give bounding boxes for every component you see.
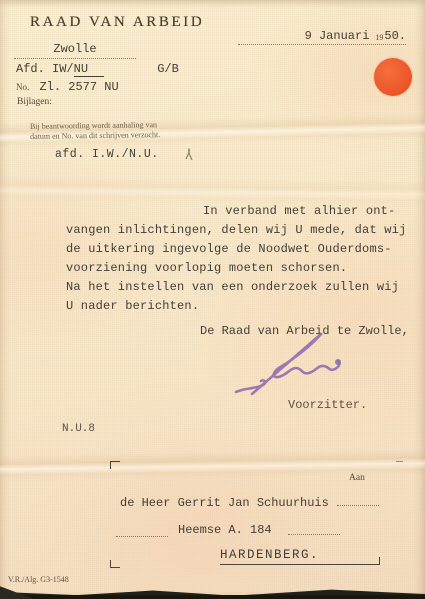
scanned-letter: RAAD VAN ARBEID 9 Januari 19 50. Zwolle … — [0, 0, 425, 599]
form-code: V.R./Alg. G3-1548 — [8, 575, 69, 584]
department-value-underlined: NU — [74, 62, 104, 77]
recipient-city: HARDENBERG. — [220, 548, 372, 565]
body-line: Na het instellen van een onderzoek zulle… — [66, 278, 411, 297]
body-line: voorziening voorlopig moeten schorsen. — [66, 259, 411, 278]
pencil-check-mark — [183, 147, 195, 163]
body-line: vangen inlichtingen, delen wij U mede, d… — [66, 221, 411, 240]
attachments-label: Bijlagen: — [17, 97, 52, 107]
signer-title: Voorzitter. — [288, 398, 367, 412]
signature-ink — [232, 330, 362, 404]
dotted-rule — [288, 534, 340, 535]
date-line: 9 Januari 19 50. — [238, 22, 406, 45]
address-window-corner-top-right — [396, 461, 403, 469]
department-suffix: G/B — [157, 62, 179, 76]
scan-edge-shadow — [0, 595, 425, 599]
office-city: Zwolle — [14, 42, 136, 59]
body-line: In verband met alhier ont- — [66, 202, 411, 221]
date-day-month: 9 Januari — [305, 29, 370, 43]
department-line: Afd. IW/NU G/B — [16, 62, 179, 76]
reference-number-line: No. Zl. 2577 NU — [16, 80, 119, 94]
body-line: U nader berichten. — [66, 297, 411, 316]
department-value: IW/ — [52, 62, 74, 76]
organization-title: RAAD VAN ARBEID — [30, 14, 204, 31]
address-window-corner-bottom-left — [110, 560, 120, 568]
red-dot-sticker — [374, 58, 412, 96]
address-window-corner-top-left — [110, 461, 120, 469]
reply-instruction-note: Bij beantwoording wordt aanhaling van da… — [30, 120, 160, 142]
typed-department: afd. I.W./N.U. — [55, 148, 159, 161]
number-value: Zl. 2577 NU — [39, 80, 118, 94]
dotted-rule — [116, 536, 168, 537]
reference-code: N.U.8 — [62, 423, 95, 435]
dotted-rule — [337, 505, 379, 506]
recipient-street: Heemse A. 184 — [178, 523, 272, 537]
body-line: de uitkering ingevolge de Noodwet Ouderd… — [66, 240, 411, 259]
date-century-preprint: 19 — [375, 33, 383, 43]
recipient-name-text: de Heer Gerrit Jan Schuurhuis — [120, 496, 329, 510]
aan-label: Aan — [349, 473, 365, 483]
letter-body: In verband met alhier ont- vangen inlich… — [66, 202, 411, 316]
reply-note-line2: datum en No. van dit schrijven verzocht. — [30, 130, 160, 142]
recipient-name: de Heer Gerrit Jan Schuurhuis — [120, 496, 379, 510]
date-year: 50. — [384, 29, 406, 43]
number-label: No. — [16, 82, 29, 92]
department-label: Afd. — [16, 62, 45, 76]
